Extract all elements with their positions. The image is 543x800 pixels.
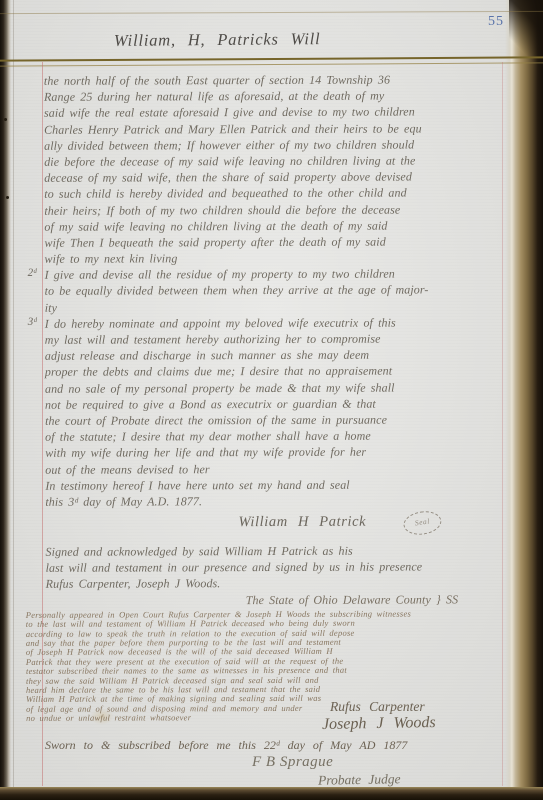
book-bottom-edge xyxy=(0,787,543,800)
ink-speck xyxy=(6,196,9,199)
witness-signature-joseph-woods: Joseph J Woods xyxy=(322,714,436,734)
underlying-page-seam xyxy=(13,0,14,800)
page-number: 55 xyxy=(488,14,504,30)
seal-stamp: Seal xyxy=(402,509,443,537)
will-text-line: wife to my next kin living xyxy=(44,249,502,267)
will-text-body: the north half of the south East quarter… xyxy=(44,71,504,723)
will-text-line: with my wife during her life and that my… xyxy=(45,444,503,462)
will-text-line: Charles Henry Patrick and Mary Ellen Pat… xyxy=(44,120,502,138)
testimony-clause: In testimony hereof I have here unto set… xyxy=(45,476,503,510)
will-paragraph-1: the north half of the south East quarter… xyxy=(44,71,503,267)
will-item-2: 2ᵈ I give and devise all the residue of … xyxy=(45,265,503,315)
testator-signature: William H Patrick xyxy=(238,514,366,531)
will-text-line: I give and devise all the residue of my … xyxy=(45,265,503,283)
will-text-line: out of the means devised to her xyxy=(45,460,503,478)
will-text-line: and no sale of my personal property be m… xyxy=(45,379,503,397)
will-text-line: I do hereby nominate and appoint my belo… xyxy=(45,314,503,332)
witness-signature-rufus-carpenter: Rufus Carpenter xyxy=(330,699,425,715)
will-text-line: the court of Probate direct the omission… xyxy=(45,411,503,429)
top-ruled-line xyxy=(0,11,543,14)
jurat-line: Sworn to & subscribed before me this 22ᵈ… xyxy=(45,738,407,753)
will-text-line: said wife the real estate aforesaid I gi… xyxy=(44,104,502,122)
will-text-line: ity xyxy=(45,298,503,316)
attestation-line: last will and testament in our presence … xyxy=(46,558,504,576)
attestation-block: Signed and acknowledged by said William … xyxy=(46,542,504,592)
seal-label: Seal xyxy=(414,514,431,532)
attestation-line: Signed and acknowledged by said William … xyxy=(46,542,504,560)
probate-fine-print: Personally appeared in Open Court Rufus … xyxy=(26,609,514,723)
will-text-line: their heirs; If both of my two children … xyxy=(44,201,502,219)
will-text-line: my last will and testament hereby author… xyxy=(45,330,503,348)
will-text-line: the north half of the south East quarter… xyxy=(44,71,502,89)
will-text-line: not be required to give a Bond as execut… xyxy=(45,395,503,413)
item-3-marker: 3ᵈ xyxy=(28,314,37,330)
will-text-line: decease of my said wife, then the share … xyxy=(44,168,502,186)
testator-signature-row: William H Patrick Seal xyxy=(45,508,503,544)
venue-line: The State of Ohio Delaware County } SS xyxy=(246,591,504,608)
will-text-line: wife Then I bequeath the said property a… xyxy=(44,233,502,251)
will-text-line: proper the debts and claims due me; I de… xyxy=(45,363,503,381)
will-item-3: 3ᵈ I do hereby nominate and appoint my b… xyxy=(45,314,504,477)
will-text-line: of my said wife leaving no children livi… xyxy=(44,217,502,235)
header-rule xyxy=(0,56,543,66)
scanned-will-record-page: 55 William, H, Patricks Will the north h… xyxy=(0,0,543,800)
page-title: William, H, Patricks Will xyxy=(114,29,321,51)
ink-speck xyxy=(4,118,7,121)
will-text-line: adjust release and discharge in such man… xyxy=(45,346,503,364)
attestation-line: Rufus Carpenter, Joseph J Woods. xyxy=(46,575,504,593)
judge-title: Probate Judge xyxy=(318,771,401,788)
fine-print-line: no undue or unlawful restraint whatsoeve… xyxy=(26,712,514,723)
will-text-line: Range 25 during her natural life as afor… xyxy=(44,87,502,105)
will-text-line: ally divided between them; If however ei… xyxy=(44,136,502,154)
item-2-marker: 2ᵈ xyxy=(28,265,37,281)
will-text-line: to be equally divided between them when … xyxy=(45,282,503,300)
will-text-line: to such child is hereby divided and bequ… xyxy=(44,185,502,203)
judge-signature: F B Sprague xyxy=(252,754,333,771)
will-text-line: this 3ᵈ day of May A.D. 1877. xyxy=(45,492,503,510)
will-text-line: In testimony hereof I have here unto set… xyxy=(45,476,503,494)
will-text-line: of the statute; I desire that my dear mo… xyxy=(45,427,503,445)
will-text-line: die before the decease of my said wife l… xyxy=(44,152,502,170)
